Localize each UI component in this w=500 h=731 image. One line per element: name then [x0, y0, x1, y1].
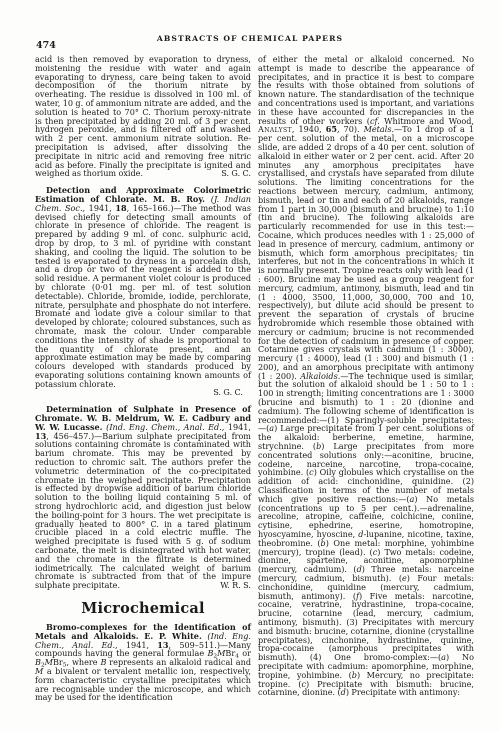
abstract-attribution: W. R. S. [209, 581, 251, 590]
page-header: 474 ABSTRACTS OF CHEMICAL PAPERS [0, 0, 500, 47]
abstract-attribution: S. G. C. [221, 169, 251, 178]
abstract-sulphate: Determination of Sulphate in Presence of… [35, 405, 251, 590]
running-title: ABSTRACTS OF CHEMICAL PAPERS [0, 34, 500, 43]
two-column-body: acid is then removed by evaporation to d… [0, 47, 500, 702]
left-column: acid is then removed by evaporation to d… [35, 55, 251, 702]
abstract-text: Detection and Approximate Colorimetric E… [35, 185, 251, 389]
abstract-chlorate: Detection and Approximate Colorimetric E… [35, 186, 251, 397]
right-column: of either the metal or alkaloid concerne… [258, 55, 474, 702]
journal-page: 474 ABSTRACTS OF CHEMICAL PAPERS acid is… [0, 0, 500, 731]
paragraph-bromo-continuation: of either the metal or alkaloid concerne… [258, 55, 474, 697]
paragraph-text: acid is then removed by evaporation to d… [35, 54, 251, 178]
abstract-bromo-complexes: Bromo-complexes for the Identification o… [35, 623, 251, 702]
paragraph-thorium-continuation: acid is then removed by evaporation to d… [35, 55, 251, 178]
abstract-text: Bromo-complexes for the Identification o… [35, 622, 251, 702]
abstract-text: Determination of Sulphate in Presence of… [35, 404, 251, 590]
page-number: 474 [36, 40, 56, 51]
section-heading-microchemical: Microchemical [35, 601, 251, 617]
paragraph-text: of either the metal or alkaloid concerne… [258, 54, 474, 697]
abstract-attribution: S. G. C. [35, 388, 251, 397]
